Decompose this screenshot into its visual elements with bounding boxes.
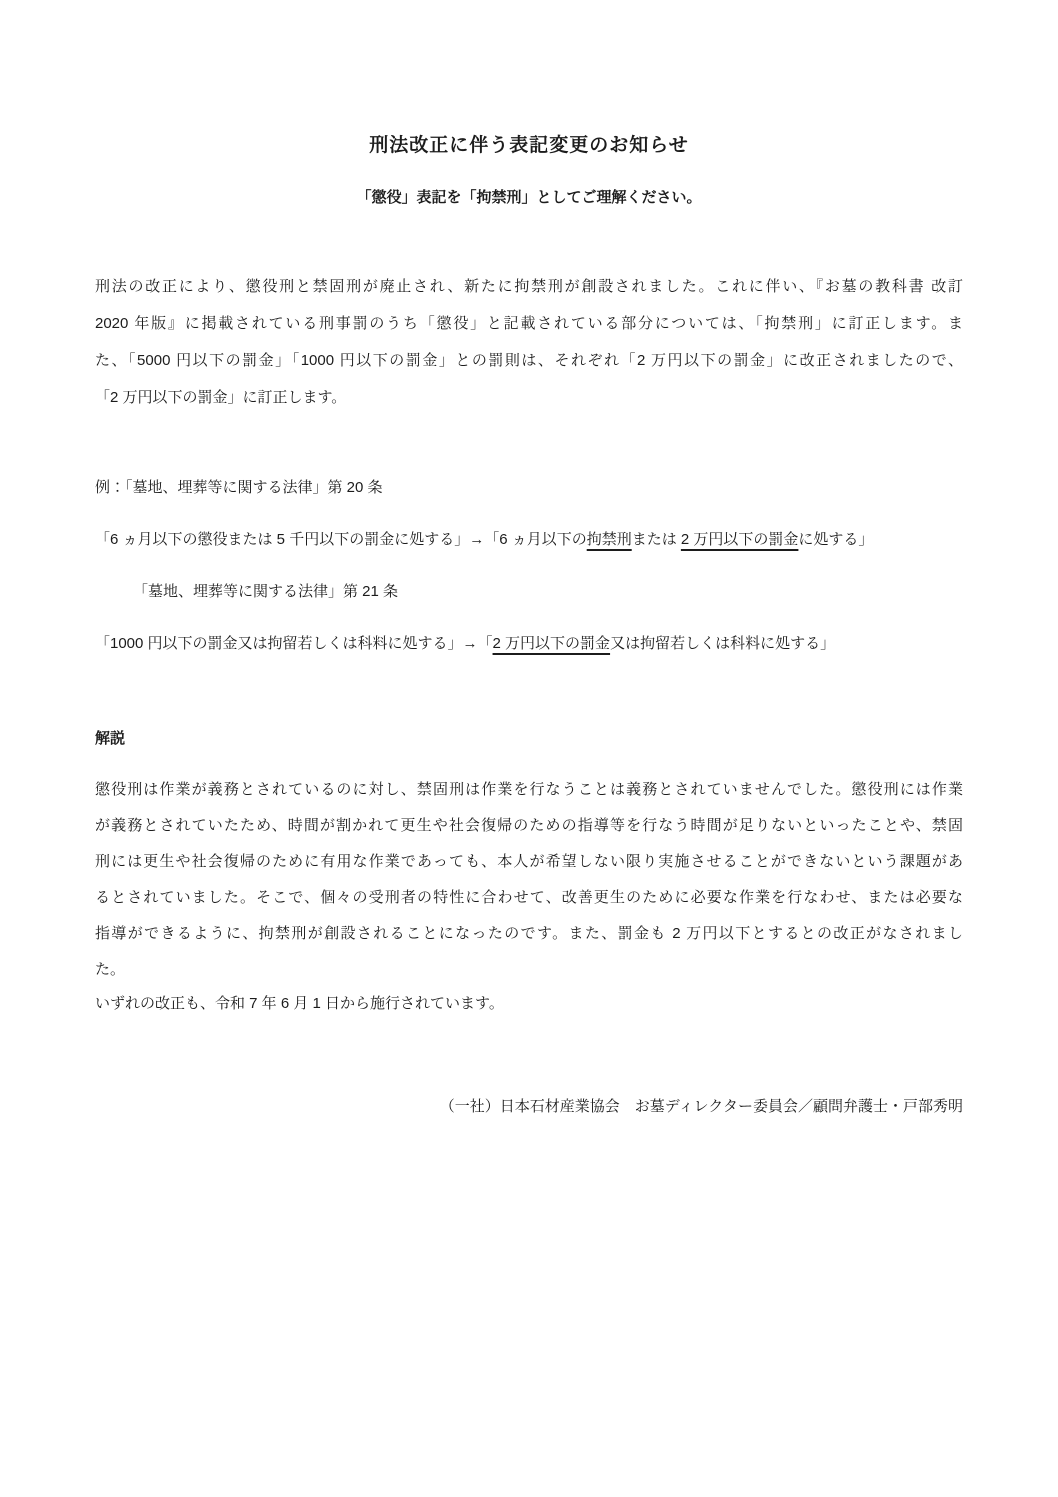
- intro-paragraph: 刑法の改正により、懲役刑と禁固刑が廃止され、新たに拘禁刑が創設されました。これに…: [95, 268, 963, 416]
- text-line: 懲役刑は作業が義務とされているのに対し、禁固刑は作業を行なうことは義務とされてい…: [95, 772, 963, 808]
- text-line: た、「5000 円以下の罰金」「1000 円以下の罰金」との罰則は、それぞれ「2…: [95, 342, 963, 379]
- plain-text: に処する」: [798, 531, 873, 548]
- signature-line: （一社）日本石材産業協会 お墓ディレクター委員会／顧問弁護士・戸部秀明: [95, 1096, 963, 1118]
- plain-text: または: [632, 531, 681, 548]
- text-line: 刑には更生や社会復帰のために有用な作業であっても、本人が希望しない限り実施させる…: [95, 844, 963, 880]
- text-line: が義務とされていたため、時間が割かれて更生や社会復帰のための指導等を行なう時間が…: [95, 808, 963, 844]
- document-title: 刑法改正に伴う表記変更のお知らせ: [95, 130, 963, 157]
- underlined-text: 拘禁刑: [587, 531, 632, 548]
- example-law20-heading: 例：「墓地、埋葬等に関する法律」第 20 条: [95, 477, 963, 499]
- document-page: 刑法改正に伴う表記変更のお知らせ 「懲役」表記を「拘禁刑」としてご理解ください。…: [0, 0, 1058, 1497]
- enforcement-date-line: いずれの改正も、令和 7 年 6 月 1 日から施行されています。: [95, 993, 963, 1015]
- plain-text: 「6 ヵ月以下の懲役または 5 千円以下の罰金に処する」→「6 ヵ月以下の: [95, 531, 587, 548]
- commentary-paragraph: 懲役刑は作業が義務とされているのに対し、禁固刑は作業を行なうことは義務とされてい…: [95, 772, 963, 988]
- document-subtitle: 「懲役」表記を「拘禁刑」としてご理解ください。: [95, 186, 963, 207]
- example-law20-change: 「6 ヵ月以下の懲役または 5 千円以下の罰金に処する」→「6 ヵ月以下の拘禁刑…: [95, 529, 963, 551]
- text-line: 刑法の改正により、懲役刑と禁固刑が廃止され、新たに拘禁刑が創設されました。これに…: [95, 268, 963, 305]
- text-line: 指導ができるように、拘禁刑が創設されることになったのです。また、罰金も 2 万円…: [95, 916, 963, 952]
- text-line: 2020 年版』に掲載されている刑事罰のうち「懲役」と記載されている部分について…: [95, 305, 963, 342]
- example-law21-heading: 「墓地、埋葬等に関する法律」第 21 条: [95, 581, 1001, 603]
- example-law21-change: 「1000 円以下の罰金又は拘留若しくは科料に処する」→「2 万円以下の罰金又は…: [95, 633, 963, 655]
- text-line: 「2 万円以下の罰金」に訂正します。: [95, 379, 963, 416]
- text-line: るとされていました。そこで、個々の受刑者の特性に合わせて、改善更生のために必要な…: [95, 880, 963, 916]
- underlined-text: 2 万円以下の罰金: [681, 531, 799, 548]
- text-line: た。: [95, 952, 963, 988]
- plain-text: 又は拘留若しくは科料に処する」: [610, 635, 835, 652]
- underlined-text: 2 万円以下の罰金: [493, 635, 611, 652]
- plain-text: 「1000 円以下の罰金又は拘留若しくは科料に処する」→「: [95, 635, 493, 652]
- commentary-heading: 解説: [95, 728, 963, 750]
